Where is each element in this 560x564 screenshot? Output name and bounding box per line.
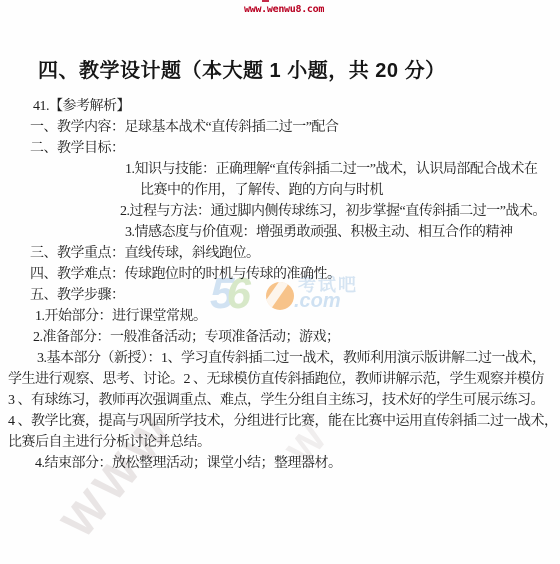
text-line: 4 、教学比赛，提高与巩固所学技术，分组进行比赛，能在比赛中运用直传斜插二过一战… <box>0 411 560 432</box>
text-line: 3.基本部分（新授）：1、学习直传斜插二过一战术，教师利用演示版讲解二过一战术， <box>0 348 560 369</box>
section-title: 四、教学设计题（本大题 1 小题，共 20 分） <box>38 54 446 83</box>
text-line: 1.开始部分：进行课堂常规。 <box>0 306 560 327</box>
site-url-watermark: www.wenwu8.com <box>244 4 324 15</box>
text-line: 五、教学步骤： <box>0 285 560 306</box>
text-line: 1.知识与技能：正确理解“直传斜插二过一”战术，认识局部配合战术在 <box>0 159 560 180</box>
text-line: 4.结束部分：放松整理活动；课堂小结；整理器材。 <box>0 453 560 474</box>
text-line: 3.情感态度与价值观：增强勇敢顽强、积极主动、相互合作的精神 <box>0 222 560 243</box>
text-line: 比赛中的作用，了解传、跑的方向与时机 <box>0 180 560 201</box>
answer-content: 41.【参考解析】一、教学内容：足球基本战术“直传斜插二过一”配合二、教学目标：… <box>0 96 560 474</box>
text-line: 2.过程与方法：通过脚内侧传球练习，初步掌握“直传斜插二过一”战术。 <box>0 201 560 222</box>
text-line: 2.准备部分：一般准备活动；专项准备活动；游戏； <box>0 327 560 348</box>
text-line: 四、教学难点：传球跑位时的时机与传球的准确性。 <box>0 264 560 285</box>
text-line: 比赛后自主进行分析讨论并总结。 <box>0 432 560 453</box>
document-page: www.wenwu8.com 四、教学设计题（本大题 1 小题，共 20 分） … <box>0 0 560 564</box>
text-line: 二、教学目标： <box>0 138 560 159</box>
text-line: 41.【参考解析】 <box>0 96 560 117</box>
text-line: 学生进行观察、思考、讨论。2 、无球模仿直传斜插跑位，教师讲解示范，学生观察并模… <box>0 369 560 390</box>
red-tick-mark <box>262 0 269 2</box>
text-line: 3 、有球练习，教师再次强调重点、难点，学生分组自主练习，技术好的学生可展示练习… <box>0 390 560 411</box>
text-line: 三、教学重点：直线传球，斜线跑位。 <box>0 243 560 264</box>
text-line: 一、教学内容：足球基本战术“直传斜插二过一”配合 <box>0 117 560 138</box>
